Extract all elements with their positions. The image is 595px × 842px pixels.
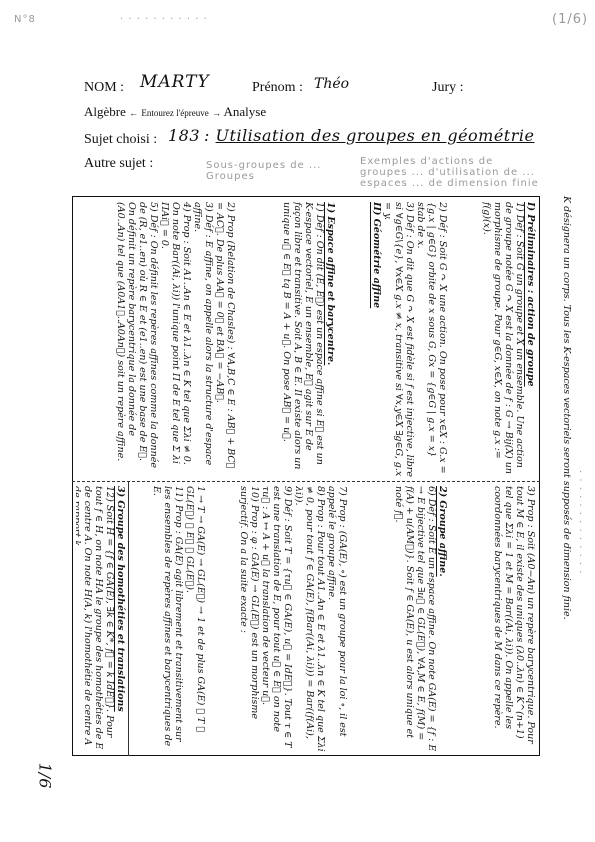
plan-bottom-column-5: 3) Groupe des homothéties et translation… (76, 486, 126, 752)
subsection-heading-espace-affine: 1) Espace affine et barycentre. (325, 202, 336, 365)
plan-vertical-divider (128, 481, 129, 756)
subsection-heading-groupe-affine: 2) Groupe affine. (437, 486, 448, 577)
sujet-separator: : (204, 126, 215, 145)
plan-text: 2) Prop (Relation de Chasles) : ∀A,B,C ∈… (115, 202, 236, 471)
section-heading-preliminaires: I) Préliminaires : action de groupe (525, 202, 536, 387)
scan-mark-top-left: N°8 (14, 14, 36, 25)
sujet-label: Sujet choisi : (84, 132, 157, 148)
jury-label: Jury : (432, 80, 464, 96)
plan-text: 1) Déf : Soit G un groupe et X un ensemb… (481, 202, 525, 477)
plan-text: 3) Prop : Soit (A0−An) un repère barycen… (492, 486, 536, 747)
right-margin-faint-text: · · · · · · · · · · · · · (574, 470, 585, 770)
prenom-value: Théo (314, 76, 349, 92)
plan-text: 12) Soit H = {f ∈ GA(E), ∃k ∈ K*, f⃗ = k… (76, 486, 115, 752)
plan-bottom-column-4: 1 → T → GA(E) → GL(E⃗) → 1 et de plus GA… (132, 486, 206, 752)
plan-horizontal-divider (72, 481, 540, 482)
autre-sujet-label: Autre sujet : (84, 156, 153, 172)
sujet-value: 183: Utilisation des groupes en géométri… (168, 126, 534, 145)
scan-mark-top-center: · · · · · · · · · · · (120, 14, 208, 25)
autre-sujet-faint-right: Exemples d'actions de groupes ... d'util… (360, 156, 540, 189)
plan-top-column-2: 2) Déf : Soit G ↷ X une action. On pose … (340, 202, 448, 477)
plan-text: 6) Déf : Soit E un espace affine. On not… (393, 486, 437, 752)
plan-text: 1 → T → GA(E) → GL(E⃗) → 1 et de plus GA… (151, 486, 206, 749)
plan-top-column-1: I) Préliminaires : action de groupe 1) D… (452, 202, 536, 477)
plan-bottom-column-2: 2) Groupe affine. 6) Déf : Soit E un esp… (352, 486, 448, 752)
sujet-title: Utilisation des groupes en géométrie (216, 126, 535, 145)
epreuve-algebre: Algèbre (84, 104, 126, 119)
section-heading-geometrie-affine: II) Géométrie affine (371, 202, 382, 308)
epreuve-selection: Algèbre ← Entourez l'épreuve → Analyse (84, 104, 266, 120)
nom-value: MARTY (140, 72, 210, 92)
subsection-heading-homotheties: 3) Groupe des homothéties et translation… (115, 486, 126, 712)
page-number: 1/6 (35, 763, 54, 789)
nom-label: NOM : (84, 80, 124, 96)
plan-bottom-column-3: 7) Prop : (GA(E), ∘) est un groupe pour … (210, 486, 348, 752)
plan-bottom-column-1: 3) Prop : Soit (A0−An) un repère barycen… (452, 486, 536, 752)
epreuve-instruction: Entourez l'épreuve (141, 108, 208, 118)
scan-mark-top-right: (1/6) (552, 12, 588, 27)
prenom-label: Prénom : (252, 80, 303, 96)
epreuve-analyse: Analyse (224, 104, 267, 119)
plan-top-column-4: 2) Prop (Relation de Chasles) : ∀A,B,C ∈… (76, 202, 236, 477)
plan-text: 7) Prop : (GA(E), ∘) est un groupe pour … (238, 486, 348, 752)
margin-note: K désignera un corps. Tous les K-espaces… (550, 196, 572, 756)
sujet-number: 183 (168, 126, 200, 145)
plan-top-column-3: 1) Espace affine et barycentre. 1) Déf :… (238, 202, 336, 477)
arrow-right-icon: → (212, 108, 221, 118)
arrow-left-icon: ← (129, 108, 138, 118)
plan-text: 2) Déf : Soit G ↷ X une action. On pose … (382, 202, 448, 477)
autre-sujet-faint-left: Sous-groupes de ... Groupes (206, 160, 326, 182)
plan-text: 1) Déf : On dit (E, E⃗) est un espace af… (281, 202, 325, 472)
